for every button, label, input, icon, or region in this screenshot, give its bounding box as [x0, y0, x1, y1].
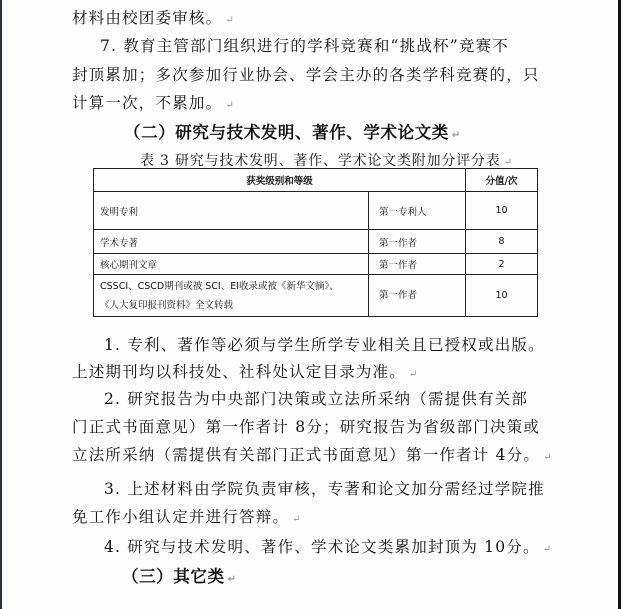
- note-1-line1: 1. 专利、著作等必须与学生所学专业相关且已授权或出版。: [104, 333, 545, 355]
- note-1-line2: 上述期刊均以科技处、社科处认定目录为准。↵: [72, 360, 419, 382]
- paragraph-mark-icon: ↵: [225, 15, 235, 26]
- cell-role: 第一作者: [369, 230, 466, 254]
- paragraph-item-7-line2: 封顶累加；多次参加行业协会、学会主办的各类学科竞赛的，只: [72, 63, 540, 85]
- table-header-row: 获奖级别和等级 分值/次: [94, 169, 538, 192]
- document-page: 材料由校团委审核。↵ 7. 教育主管部门组织进行的学科竞赛和“挑战杯”竞赛不 封…: [0, 0, 621, 609]
- paragraph-item-7-line1: 7. 教育主管部门组织进行的学科竞赛和“挑战杯”竞赛不: [100, 34, 509, 56]
- cell-role: 第一专利人: [369, 192, 466, 230]
- cell-score: 8: [466, 230, 538, 254]
- cell-item: 核心期刊文章: [94, 254, 369, 275]
- header-score: 分值/次: [466, 169, 538, 192]
- score-table: 获奖级别和等级 分值/次 发明专利 第一专利人 10 学术专著 第一作者 8 核…: [93, 168, 538, 317]
- paragraph-mark-icon: ↵: [228, 574, 237, 585]
- paragraph-mark-icon: ↵: [292, 514, 302, 525]
- header-category: 获奖级别和等级: [94, 169, 466, 192]
- cell-role: 第一作者: [369, 254, 466, 275]
- note-2-line3: 立法所采纳（需提供有关部门正式书面意见）第一作者计 4分。↵: [72, 443, 553, 465]
- cell-score: 10: [466, 275, 538, 317]
- cell-role: 第一作者: [369, 275, 466, 317]
- paragraph-mark-icon: ↵: [452, 130, 461, 141]
- note-4-line1: 4. 研究与技术发明、著作、学术论文类累加封顶为 10分。↵: [104, 535, 552, 557]
- window-right-border: [618, 0, 621, 609]
- paragraph-mark-icon: ↵: [225, 100, 235, 111]
- paragraph-mark-icon: ↵: [543, 452, 553, 463]
- section-heading-2: （二）研究与技术发明、著作、学术论文类↵: [124, 119, 461, 143]
- section-heading-3: （三）其它类↵: [122, 563, 237, 587]
- cell-item: CSSCI、CSCD期刊或被 SCI、EI收录或被《新华文摘》、《人大复印报刊资…: [94, 275, 369, 317]
- window-left-border: [0, 0, 2, 609]
- cell-item: 学术专著: [94, 230, 369, 254]
- paragraph-mark-icon: ↵: [504, 157, 513, 168]
- table-row: CSSCI、CSCD期刊或被 SCI、EI收录或被《新华文摘》、《人大复印报刊资…: [94, 275, 538, 317]
- note-3-line2: 免工作小组认定并进行答辩。↵: [72, 505, 302, 527]
- table-row: 核心期刊文章 第一作者 2: [94, 254, 538, 275]
- table-caption: 表 3 研究与技术发明、著作、学术论文类附加分评分表↵: [140, 150, 513, 170]
- table-row: 发明专利 第一专利人 10: [94, 192, 538, 230]
- paragraph-mark-icon: ↵: [543, 544, 553, 555]
- table-row: 学术专著 第一作者 8: [94, 230, 538, 254]
- paragraph-item-7-line3: 计算一次，不累加。↵: [72, 91, 235, 113]
- note-2-line2: 门正式书面意见）第一作者计 8分；研究报告为省级部门决策或: [72, 415, 540, 437]
- note-2-line1: 2. 研究报告为中央部门决策或立法所采纳（需提供有关部: [104, 387, 528, 409]
- note-3-line1: 3. 上述材料由学院负责审核，专著和论文加分需经过学院推: [104, 477, 545, 499]
- paragraph-text: 材料由校团委审核。↵: [72, 6, 235, 28]
- cell-score: 10: [466, 192, 538, 230]
- cell-item: 发明专利: [94, 192, 369, 230]
- paragraph-mark-icon: ↵: [409, 369, 419, 380]
- cell-score: 2: [466, 254, 538, 275]
